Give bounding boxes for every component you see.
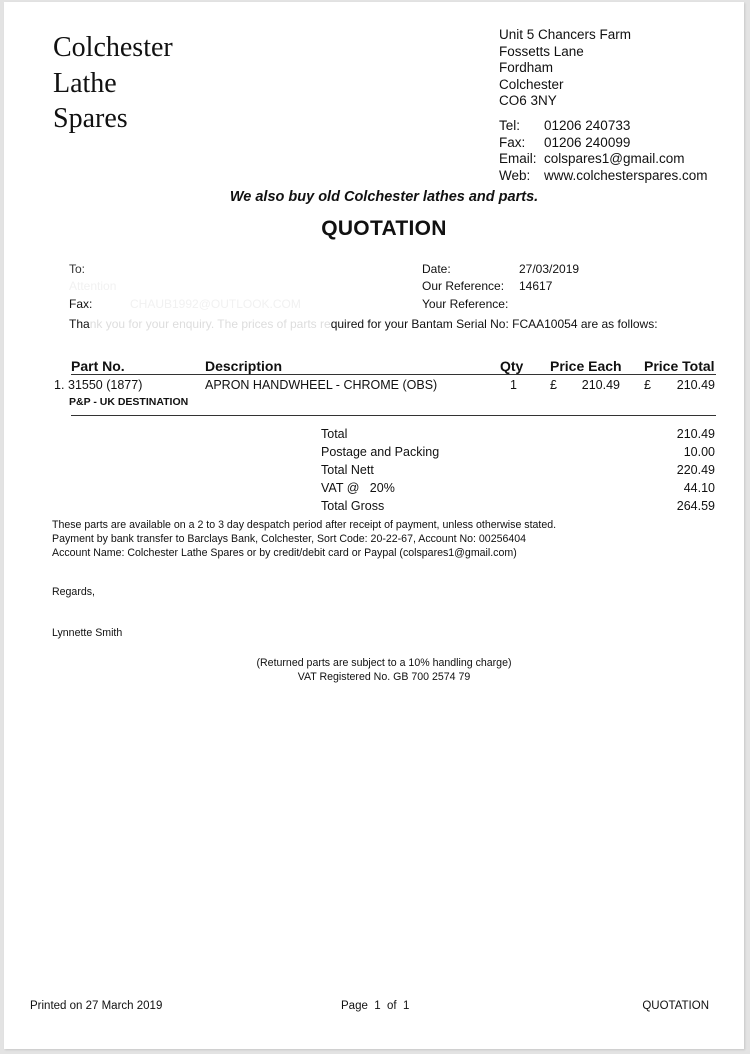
- returns-note: (Returned parts are subject to a 10% han…: [4, 656, 750, 670]
- postage-label: Postage and Packing: [321, 445, 439, 459]
- total-gross-label: Total Gross: [321, 499, 384, 513]
- contact-label: Tel:: [499, 118, 544, 135]
- company-name-line: Spares: [53, 101, 173, 137]
- fax-label: Fax:: [69, 297, 92, 311]
- company-address: Unit 5 Chancers Farm Fossetts Lane Fordh…: [499, 27, 631, 110]
- col-header-qty: Qty: [500, 358, 523, 374]
- your-reference-label: Your Reference:: [422, 297, 508, 311]
- quotation-page: Colchester Lathe Spares Unit 5 Chancers …: [4, 2, 744, 1049]
- row-index: 1.: [54, 378, 64, 392]
- company-logo-text: Colchester Lathe Spares: [53, 30, 173, 137]
- intro-text: Thank you for your enquiry. The prices o…: [69, 317, 658, 331]
- company-name-line: Colchester: [53, 30, 173, 66]
- company-contact: Tel: 01206 240733 Fax: 01206 240099 Emai…: [499, 118, 708, 184]
- our-reference-label: Our Reference:: [422, 279, 504, 293]
- total-value: 210.49: [677, 427, 715, 441]
- total-label: Total: [321, 427, 347, 441]
- row-price-each: 210.49: [582, 378, 620, 392]
- intro-visible: quired for your Bantam Serial No: FCAA10…: [331, 317, 658, 331]
- date-value: 27/03/2019: [519, 262, 579, 276]
- footer-doc-type: QUOTATION: [642, 1000, 709, 1012]
- terms-line: Account Name: Colchester Lathe Spares or…: [52, 546, 556, 560]
- row-currency-each: £: [550, 378, 557, 392]
- address-line: Fossetts Lane: [499, 44, 631, 61]
- our-reference-value: 14617: [519, 279, 552, 293]
- terms-line: Payment by bank transfer to Barclays Ban…: [52, 532, 556, 546]
- contact-value: www.colchesterspares.com: [544, 168, 708, 185]
- total-nett-label: Total Nett: [321, 463, 374, 477]
- contact-value: 01206 240099: [544, 135, 630, 152]
- date-label: Date:: [422, 262, 451, 276]
- footer-printed-on: Printed on 27 March 2019: [30, 1000, 162, 1012]
- address-line: Colchester: [499, 77, 631, 94]
- row-description: APRON HANDWHEEL - CHROME (OBS): [205, 378, 437, 392]
- footer-page-number: Page 1 of 1: [341, 1000, 409, 1012]
- shipping-note: P&P - UK DESTINATION: [69, 396, 188, 408]
- table-bottom-rule: [71, 415, 716, 416]
- contact-value: 01206 240733: [544, 118, 630, 135]
- signatory: Lynnette Smith: [52, 627, 122, 639]
- header-rule: [71, 374, 716, 375]
- terms-block: These parts are available on a 2 to 3 da…: [52, 518, 556, 560]
- to-label: To:: [69, 262, 85, 276]
- row-price-total: 210.49: [677, 378, 715, 392]
- attention-label: Attention: [69, 279, 116, 293]
- col-header-part-no: Part No.: [71, 358, 125, 374]
- contact-label: Web:: [499, 168, 544, 185]
- terms-line: These parts are available on a 2 to 3 da…: [52, 518, 556, 532]
- vat-value: 44.10: [684, 481, 715, 495]
- col-header-price-total: Price Total: [644, 358, 715, 374]
- row-part-no: 31550 (1877): [68, 378, 142, 392]
- vat-registration: VAT Registered No. GB 700 2574 79: [4, 670, 750, 684]
- tagline: We also buy old Colchester lathes and pa…: [4, 189, 750, 205]
- contact-label: Email:: [499, 151, 544, 168]
- total-gross-value: 264.59: [677, 499, 715, 513]
- col-header-price-each: Price Each: [550, 358, 622, 374]
- contact-label: Fax:: [499, 135, 544, 152]
- contact-value: colspares1@gmail.com: [544, 151, 685, 168]
- col-header-description: Description: [205, 358, 282, 374]
- contact-web: Web: www.colchesterspares.com: [499, 168, 708, 185]
- fax-value: CHAUB1992@OUTLOOK.COM: [130, 297, 301, 311]
- row-qty: 1: [510, 378, 517, 392]
- contact-email: Email: colspares1@gmail.com: [499, 151, 708, 168]
- postage-value: 10.00: [684, 445, 715, 459]
- company-name-line: Lathe: [53, 66, 173, 102]
- document-title: QUOTATION: [4, 217, 750, 241]
- notes-block: (Returned parts are subject to a 10% han…: [4, 656, 750, 684]
- regards: Regards,: [52, 586, 95, 598]
- intro-lead: Tha: [69, 317, 90, 331]
- total-nett-value: 220.49: [677, 463, 715, 477]
- row-currency-total: £: [644, 378, 651, 392]
- intro-faded: nk you for your enquiry. The prices of p…: [90, 317, 331, 331]
- address-line: CO6 3NY: [499, 93, 631, 110]
- address-line: Fordham: [499, 60, 631, 77]
- vat-label: VAT @ 20%: [321, 481, 395, 495]
- contact-tel: Tel: 01206 240733: [499, 118, 708, 135]
- address-line: Unit 5 Chancers Farm: [499, 27, 631, 44]
- contact-fax: Fax: 01206 240099: [499, 135, 708, 152]
